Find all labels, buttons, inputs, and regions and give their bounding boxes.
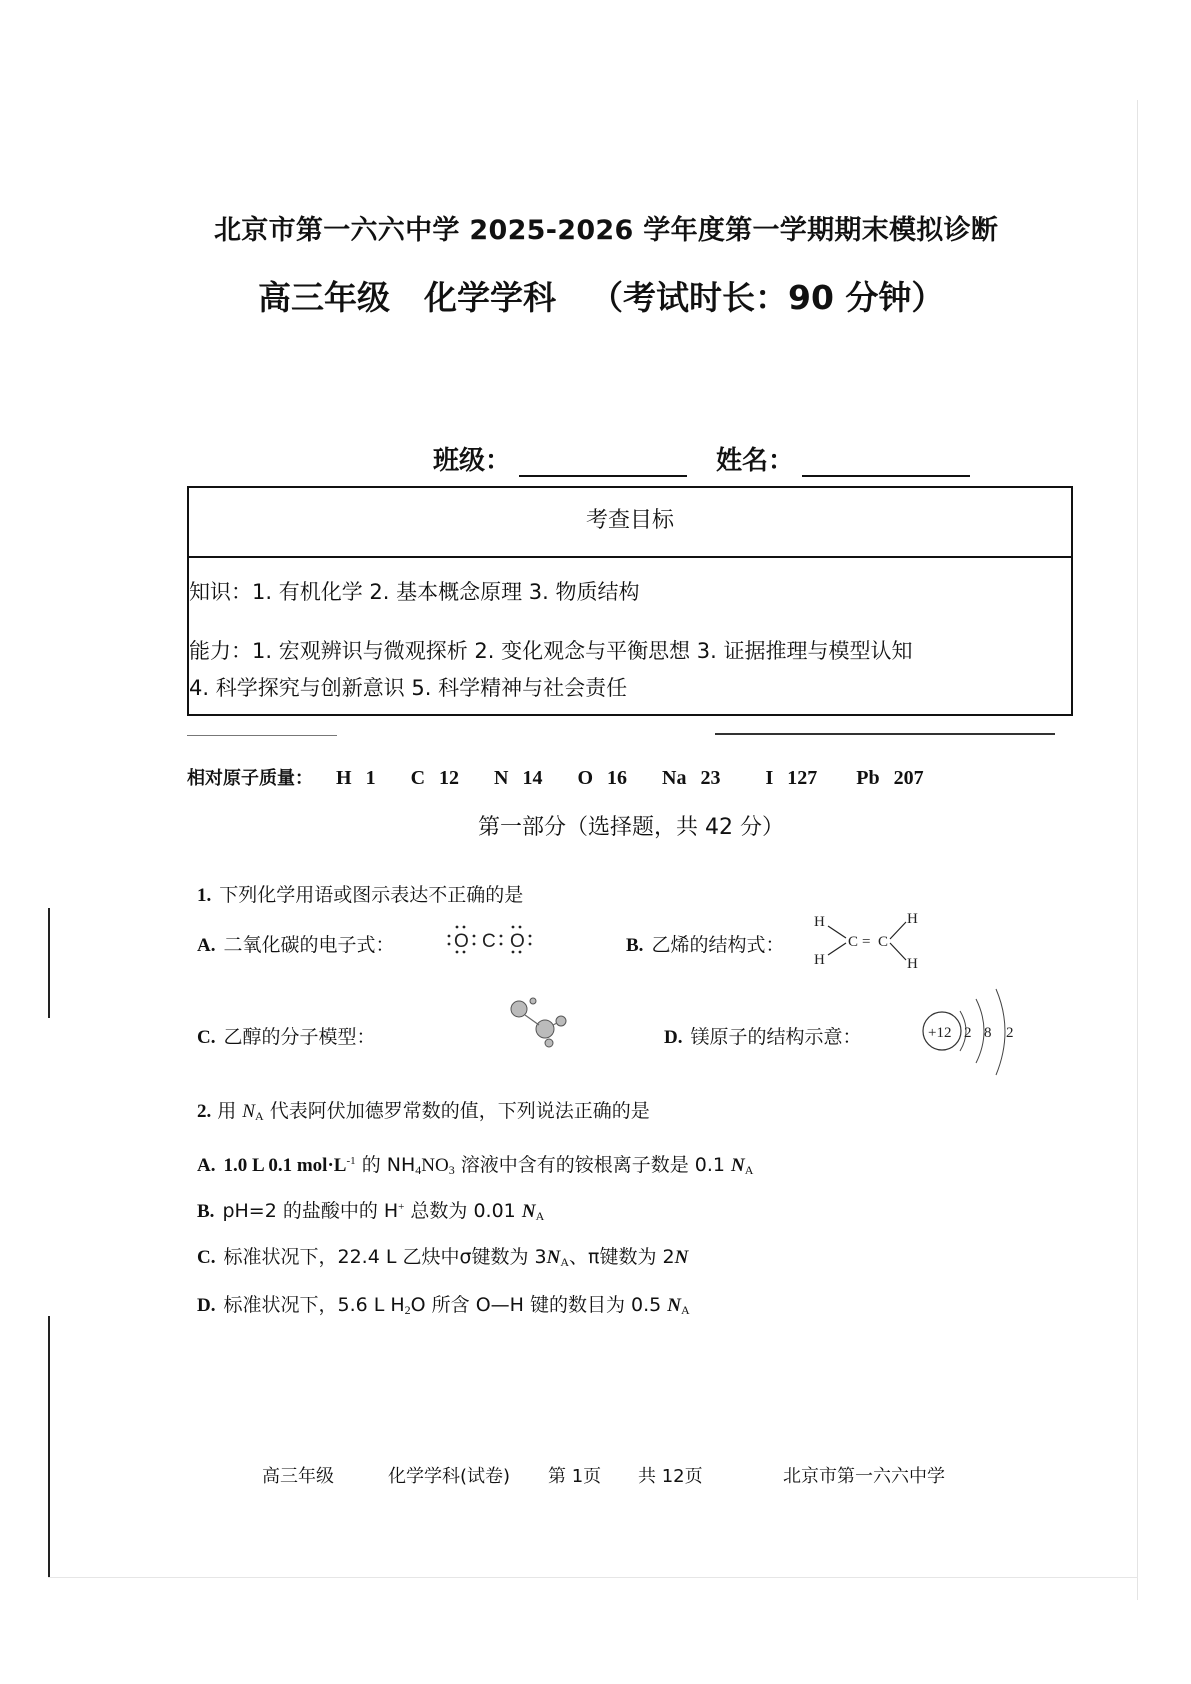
svg-text:H: H (814, 952, 825, 968)
element-mass: H1 (336, 767, 376, 790)
class-blank[interactable] (519, 449, 687, 477)
ethylene-structure-figure: HH C=C HH (812, 908, 927, 978)
goals-ability-line1: 能力：1. 宏观辨识与微观探析 2. 变化观念与平衡思想 3. 证据推理与模型认… (189, 635, 912, 665)
question-1-stem: 1.下列化学用语或图示表达不正确的是 (197, 880, 523, 907)
svg-text:C: C (482, 931, 496, 952)
goals-heading: 考查目标 (189, 488, 1071, 558)
goals-knowledge: 知识：1. 有机化学 2. 基本概念原理 3. 物质结构 (189, 576, 639, 606)
name-field[interactable]: 姓名： (716, 440, 970, 477)
class-label: 班级： (433, 446, 511, 476)
svg-text:2: 2 (964, 1025, 972, 1041)
svg-text:H: H (814, 914, 825, 930)
svg-text:=: = (862, 934, 870, 950)
name-blank[interactable] (802, 449, 970, 477)
footer-grade: 高三年级 (262, 1462, 334, 1488)
scan-edge-bottom (48, 1577, 1138, 1578)
svg-text:2: 2 (1006, 1025, 1014, 1041)
element-mass: Pb207 (856, 767, 923, 790)
footer-total-pages: 共 12页 (638, 1462, 703, 1488)
element-mass: I127 (765, 767, 817, 790)
class-field[interactable]: 班级： (433, 440, 687, 477)
svg-text:O: O (510, 931, 525, 952)
goals-ability-line2: 4. 科学探究与创新意识 5. 科学精神与社会责任 (189, 672, 627, 702)
separator-line (715, 733, 1055, 735)
element-mass: O16 (577, 767, 627, 790)
element-mass: C12 (411, 767, 459, 790)
question-2-option-b[interactable]: B.pH=2 的盐酸中的 H+ 总数为 0.01 NA (197, 1196, 544, 1224)
svg-text:C: C (848, 934, 858, 950)
atomic-masses-label: 相对原子质量： (187, 768, 313, 789)
element-mass: N14 (494, 767, 542, 790)
footer-school: 北京市第一六六中学 (783, 1462, 945, 1488)
ethanol-ball-stick-model-figure (505, 995, 575, 1050)
exam-title: 北京市第一六六中学 2025-2026 学年度第一学期期末模拟诊断 (214, 208, 998, 247)
question-1-option-a[interactable]: A.二氧化碳的电子式： (197, 930, 395, 957)
svg-text:H: H (907, 956, 918, 972)
part1-title: 第一部分（选择题，共 42 分） (478, 810, 784, 841)
grade-label: 高三年级 (258, 278, 390, 317)
question-1-option-b[interactable]: B.乙烯的结构式： (626, 930, 784, 957)
element-mass: Na23 (662, 767, 720, 790)
magnesium-atom-structure-figure: +12 282 (920, 985, 1020, 1080)
separator-line (187, 735, 337, 736)
scan-edge-right (1137, 100, 1138, 1600)
svg-text:H: H (907, 911, 918, 927)
svg-text:C: C (878, 934, 888, 950)
exam-goals-box: 考查目标 知识：1. 有机化学 2. 基本概念原理 3. 物质结构 能力：1. … (187, 486, 1073, 716)
question-2-option-c[interactable]: C.标准状况下，22.4 L 乙炔中σ键数为 3NA、π键数为 2N (197, 1242, 688, 1270)
atomic-masses: 相对原子质量： H1 C12 N14 O16 Na23 I127 Pb207 (187, 764, 924, 790)
exam-subtitle: 高三年级化学学科（考试时长：90 分钟） (258, 272, 944, 319)
footer-paper: 化学学科(试卷) (388, 1462, 510, 1488)
question-2-option-a[interactable]: A.1.0 L 0.1 mol·L-1 的 NH4NO3 溶液中含有的铵根离子数… (197, 1150, 753, 1178)
question-1-option-c[interactable]: C.乙醇的分子模型： (197, 1022, 376, 1049)
scan-margin-mark (48, 908, 50, 1018)
name-label: 姓名： (716, 446, 794, 476)
subject-label: 化学学科 (424, 278, 556, 317)
scan-margin-mark (48, 1316, 50, 1578)
question-1-option-d[interactable]: D.镁原子的结构示意： (664, 1022, 862, 1049)
co2-electron-formula-figure: OCO (440, 920, 540, 960)
svg-text:8: 8 (984, 1025, 992, 1041)
duration-label: （考试时长：90 分钟） (590, 278, 944, 317)
question-2-stem: 2.用 NA 代表阿伏加德罗常数的值，下列说法正确的是 (197, 1096, 650, 1124)
footer-page-number: 第 1页 (548, 1462, 601, 1488)
svg-text:O: O (454, 931, 469, 952)
question-2-option-d[interactable]: D.标准状况下，5.6 L H2O 所含 O—H 键的数目为 0.5 NA (197, 1290, 690, 1318)
svg-text:+12: +12 (928, 1025, 951, 1041)
